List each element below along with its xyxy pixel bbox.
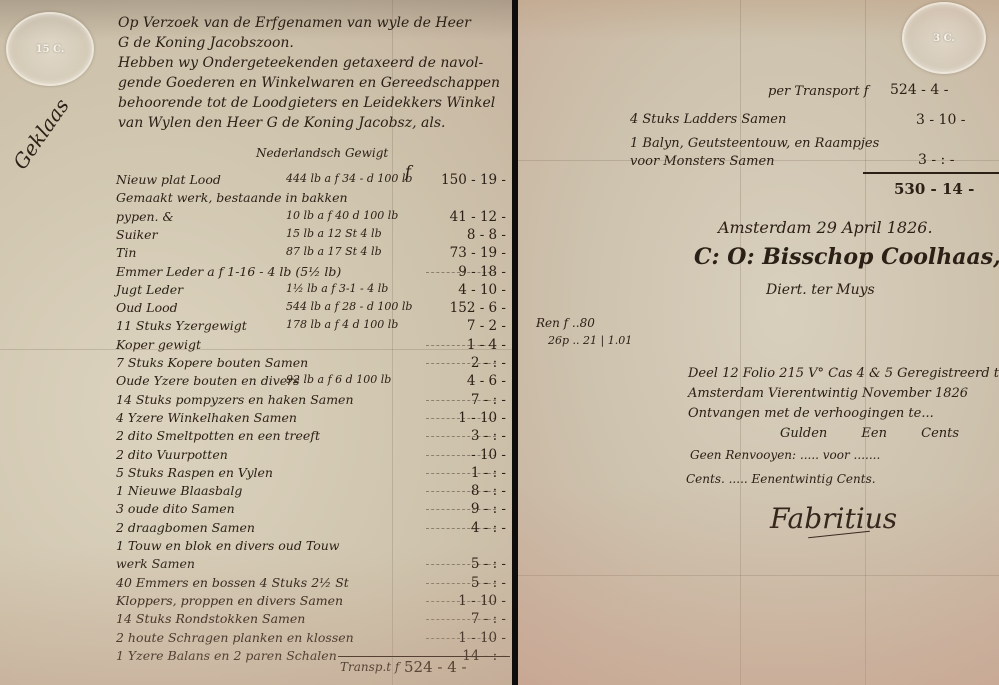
item-description: werk Samen [116, 556, 195, 571]
item-weight-detail: 15 lb a 12 St 4 lb [286, 227, 382, 240]
registration-line: Amsterdam Vierentwintig November 1826 [688, 386, 968, 401]
item-description: Oude Yzere bouten en divers [116, 373, 300, 388]
seal-text: 15 C. [36, 44, 65, 55]
item-value: 8 - : - [471, 483, 506, 499]
item-description: Koper gewigt [116, 337, 201, 352]
item-description: Emmer Leder a f 1-16 - 4 lb (5½ lb) [116, 264, 341, 279]
place-date: Amsterdam 29 April 1826. [718, 218, 933, 237]
item-description: pypen. & [116, 209, 174, 224]
item-value: 152 - 6 - [450, 300, 506, 316]
registration-line: Gulden Een Cents [780, 426, 959, 441]
embossed-seal-icon: 15 C. [6, 12, 94, 86]
item-description: 1 Touw en blok en divers oud Touw [116, 538, 339, 553]
item-description: 3 oude dito Samen [116, 501, 235, 516]
intro-line: Op Verzoek van de Erfgenamen van wyle de… [118, 13, 471, 33]
signature-second: Diert. ter Muys [766, 282, 875, 298]
item-description: Oud Lood [116, 300, 178, 315]
carried-value: 524 - 4 - [890, 82, 948, 98]
right-item-desc: 4 Stuks Ladders Samen [630, 112, 786, 127]
item-value: 4 - 10 - [458, 282, 506, 298]
registrar-signature: Fabritius [770, 502, 897, 535]
item-description: 2 dito Vuurpotten [116, 447, 228, 462]
registration-line: Cents. ..... Eenentwintig Cents. [686, 472, 876, 486]
item-description: 4 Yzere Winkelhaken Samen [116, 410, 297, 425]
registration-line: Geen Renvooyen: ..... voor ....... [690, 448, 880, 462]
intro-line: G de Koning Jacobszoon. [118, 33, 294, 53]
item-value: 1 - 10 - [458, 410, 506, 426]
seal-text: 3 C. [933, 33, 955, 44]
item-value: 1 - : - [471, 465, 506, 481]
item-description: 5 Stuks Raspen en Vylen [116, 465, 273, 480]
margin-signature: Geklaas [8, 94, 74, 174]
registration-line: Deel 12 Folio 215 V° Cas 4 & 5 Geregistr… [688, 366, 999, 381]
transport-total: 524 - 4 - [404, 658, 467, 676]
item-value: 3 - : - [471, 428, 506, 444]
item-weight-detail: 1½ lb a f 3-1 - 4 lb [286, 282, 388, 295]
left-document-page: 15 C. Geklaas Op Verzoek van de Erfgenam… [0, 0, 512, 685]
item-description: 40 Emmers en bossen 4 Stuks 2½ St [116, 575, 349, 590]
right-item-desc: 1 Balyn, Geutsteentouw, en Raampjes [630, 136, 879, 151]
item-description: 1 Yzere Balans en 2 paren Schalen [116, 648, 337, 663]
item-value: 2 - : - [471, 355, 506, 371]
intro-line: gende Goederen en Winkelwaren en Gereeds… [118, 73, 500, 93]
item-description: 2 houte Schragen planken en klossen [116, 630, 354, 645]
intro-line: Hebben wy Ondergeteekenden getaxeerd de … [118, 53, 483, 73]
item-value: 1 - 10 - [458, 593, 506, 609]
item-value: 7 - 2 - [467, 318, 506, 334]
item-value: 7 - : - [471, 611, 506, 627]
right-item-desc: voor Monsters Samen [630, 154, 775, 169]
item-weight-detail: 544 lb a f 28 - d 100 lb [286, 300, 412, 313]
item-weight-detail: 92 lb a f 6 d 100 lb [286, 373, 391, 386]
margin-note: 26p .. 21 | 1.01 [548, 334, 632, 347]
item-value: 73 - 19 - [450, 245, 506, 261]
item-weight-detail: 10 lb a f 40 d 100 lb [286, 209, 398, 222]
item-weight-detail: 178 lb a f 4 d 100 lb [286, 318, 398, 331]
registration-line: Ontvangen met de verhoogingen te... [688, 406, 934, 421]
item-value: 9 - : - [471, 501, 506, 517]
item-description: 2 dito Smeltpotten en een treeft [116, 428, 320, 443]
item-value: 4 - 6 - [467, 373, 506, 389]
item-description: 14 Stuks Rondstokken Samen [116, 611, 305, 626]
item-description: 7 Stuks Kopere bouten Samen [116, 355, 308, 370]
grand-total: 530 - 14 - [894, 180, 974, 198]
embossed-seal-icon: 3 C. [902, 2, 986, 74]
item-description: Tin [116, 245, 136, 260]
carried-label: per Transport f [768, 84, 869, 99]
item-value: 4 - : - [471, 520, 506, 536]
item-value: - 10 - [471, 447, 506, 463]
item-value: 7 - : - [471, 392, 506, 408]
item-weight-detail: 444 lb a f 34 - d 100 lb [286, 172, 412, 185]
item-value: 1 - 4 - [467, 337, 506, 353]
right-item-value: 3 - 10 - [916, 112, 966, 128]
item-description: 2 draagbomen Samen [116, 520, 255, 535]
item-value: 5 - : - [471, 575, 506, 591]
right-item-value: 3 - : - [918, 152, 954, 168]
intro-line: van Wylen den Heer G de Koning Jacobsz, … [118, 113, 445, 133]
item-description: Kloppers, proppen en divers Samen [116, 593, 343, 608]
intro-line: behoorende tot de Loodgieters en Leidekk… [118, 93, 495, 113]
total-rule [338, 656, 510, 657]
fold-line [740, 0, 741, 685]
item-description: 11 Stuks Yzergewigt [116, 318, 247, 333]
item-value: 41 - 12 - [450, 209, 506, 225]
item-value: 5 - : - [471, 556, 506, 572]
signature-main: C: O: Bisschop Coolhaas, [694, 244, 999, 270]
item-description: 14 Stuks pompyzers en haken Samen [116, 392, 354, 407]
item-description: 1 Nieuwe Blaasbalg [116, 483, 242, 498]
right-document-page: 3 C. per Transport f 524 - 4 - 4 Stuks L… [518, 0, 999, 685]
item-description: Nieuw plat Lood [116, 172, 221, 187]
fold-line [518, 575, 999, 576]
item-description: Suiker [116, 227, 158, 242]
total-rule [863, 172, 999, 174]
margin-note: Ren f ..80 [536, 316, 595, 330]
item-value: 150 - 19 - [441, 172, 506, 188]
weight-header: Nederlandsch Gewigt [256, 146, 388, 160]
item-description: Jugt Leder [116, 282, 183, 297]
item-weight-detail: 87 lb a 17 St 4 lb [286, 245, 382, 258]
item-value: 1 - 10 - [458, 630, 506, 646]
item-value: 9 - 18 - [458, 264, 506, 280]
fold-line [865, 0, 866, 685]
transport-label: Transp.t f [340, 660, 399, 674]
item-description: Gemaakt werk, bestaande in bakken [116, 190, 348, 205]
item-value: 8 - 8 - [467, 227, 506, 243]
